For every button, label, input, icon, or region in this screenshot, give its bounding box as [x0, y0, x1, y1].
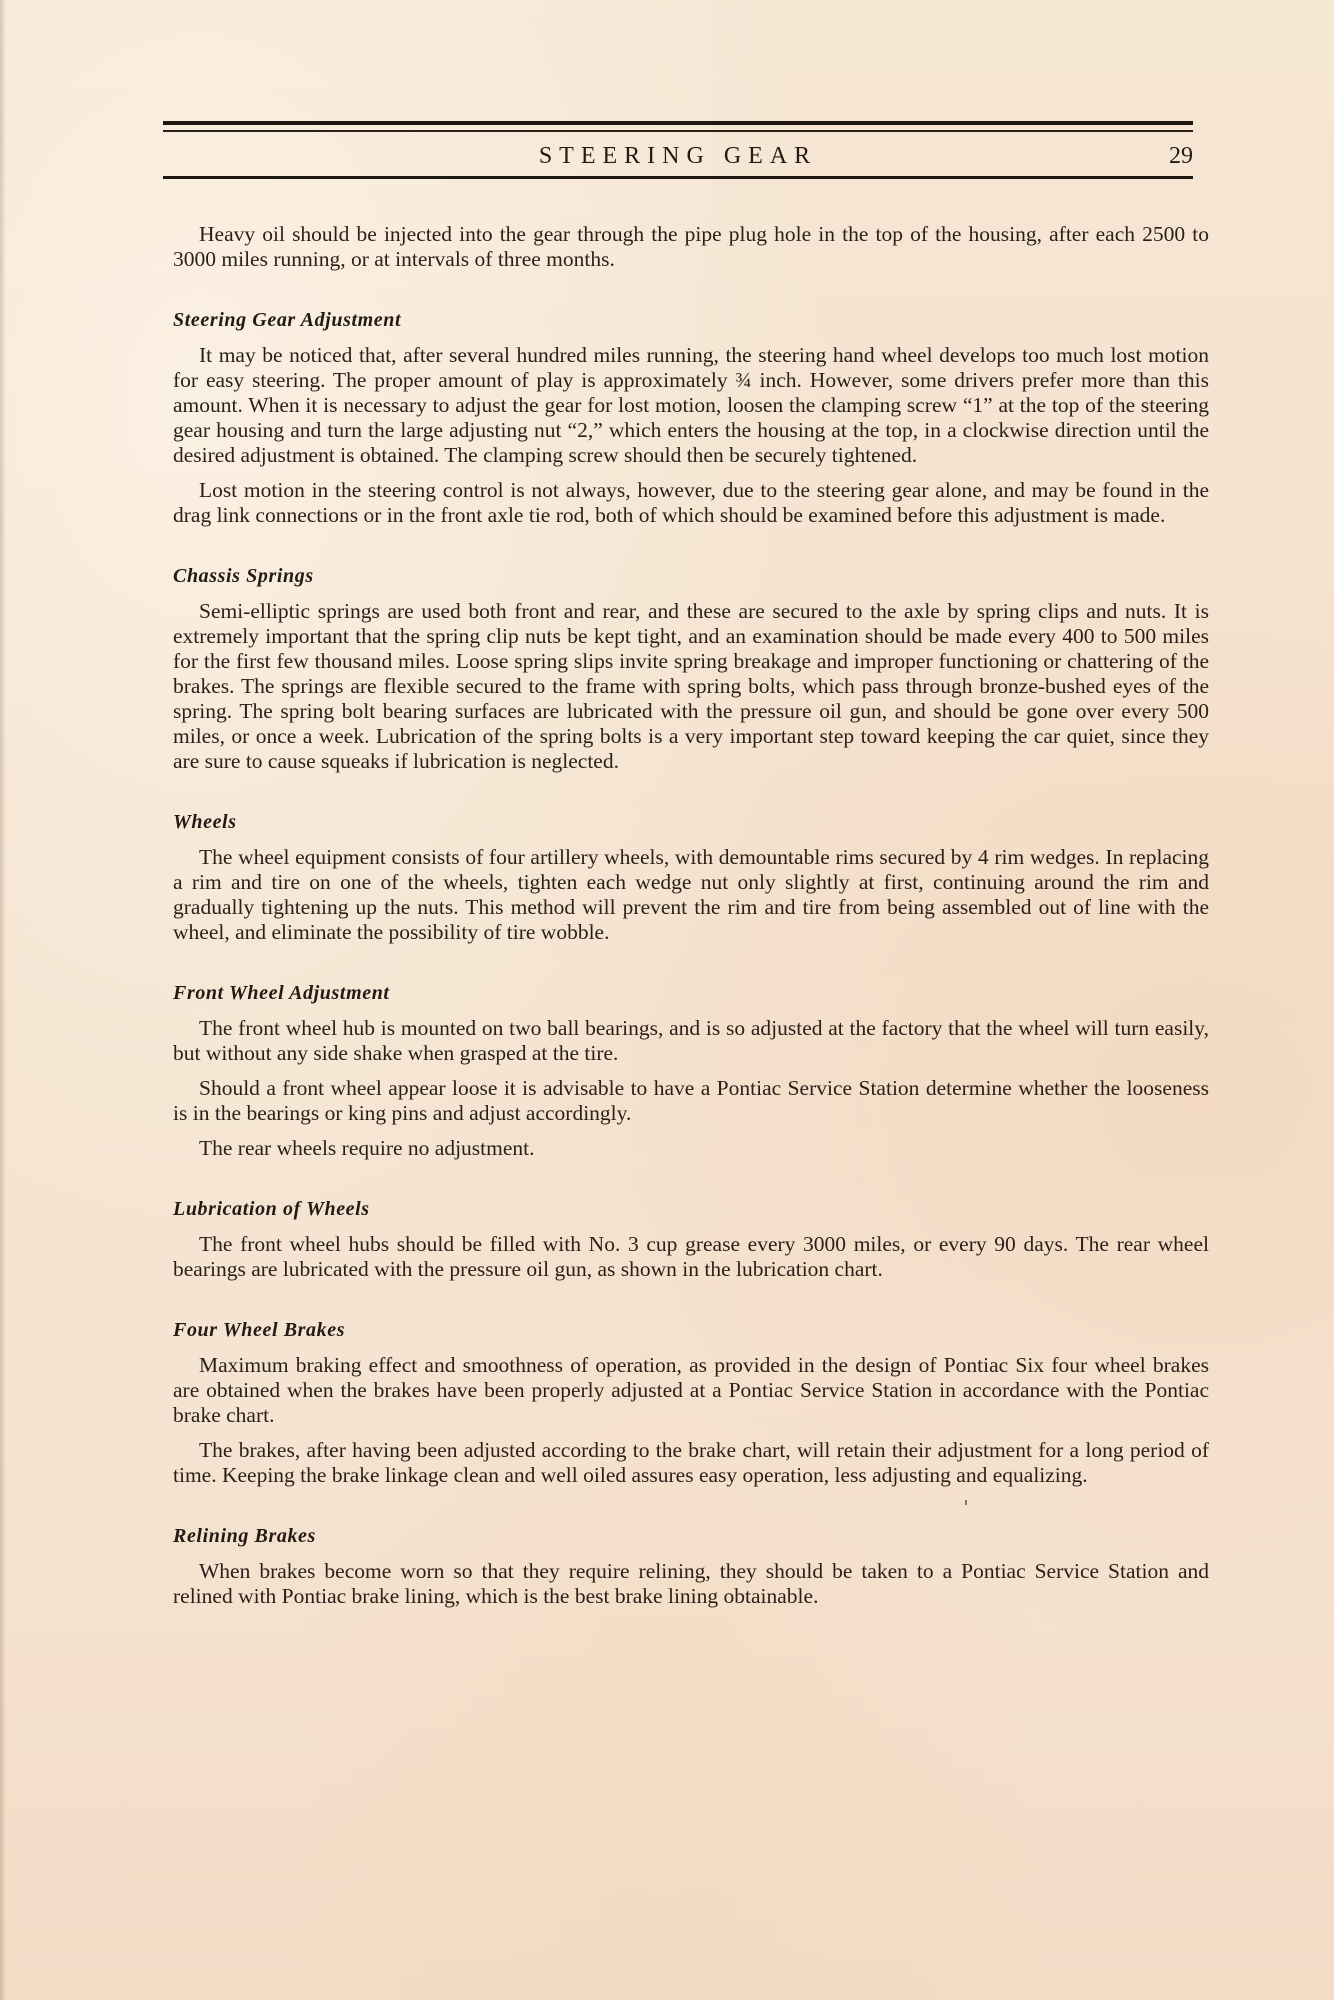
- section-heading: Chassis Springs: [173, 564, 1209, 589]
- body-paragraph: Semi-elliptic springs are used both fron…: [173, 599, 1209, 774]
- intro-paragraph: Heavy oil should be injected into the ge…: [173, 222, 1209, 272]
- section-steering-gear-adjustment: Steering Gear Adjustment It may be notic…: [173, 308, 1209, 528]
- section-heading: Front Wheel Adjustment: [173, 981, 1209, 1006]
- header-rule-bottom: [163, 176, 1193, 179]
- header-rule-thick: [163, 121, 1193, 125]
- section-heading: Steering Gear Adjustment: [173, 308, 1209, 333]
- intro-block: Heavy oil should be injected into the ge…: [173, 222, 1209, 272]
- body-paragraph: The brakes, after having been adjusted a…: [173, 1438, 1209, 1488]
- body-paragraph: The front wheel hubs should be filled wi…: [173, 1232, 1209, 1282]
- section-heading: Relining Brakes: [173, 1524, 1209, 1549]
- body-paragraph: The wheel equipment consists of four art…: [173, 845, 1209, 945]
- body-paragraph: The rear wheels require no adjustment.: [173, 1136, 1209, 1161]
- page-body: Heavy oil should be injected into the ge…: [173, 222, 1209, 1619]
- section-front-wheel-adjustment: Front Wheel Adjustment The front wheel h…: [173, 981, 1209, 1161]
- section-heading: Wheels: [173, 810, 1209, 835]
- section-four-wheel-brakes: Four Wheel Brakes Maximum braking effect…: [173, 1318, 1209, 1488]
- body-paragraph: It may be noticed that, after several hu…: [173, 343, 1209, 468]
- section-chassis-springs: Chassis Springs Semi-elliptic springs ar…: [173, 564, 1209, 774]
- section-lubrication-of-wheels: Lubrication of Wheels The front wheel hu…: [173, 1197, 1209, 1282]
- paper-speck: [965, 1500, 967, 1505]
- section-heading: Four Wheel Brakes: [173, 1318, 1209, 1343]
- header-rule-thin: [163, 130, 1193, 132]
- body-paragraph: The front wheel hub is mounted on two ba…: [173, 1016, 1209, 1066]
- page-edge-shadow: [0, 0, 6, 2000]
- section-wheels: Wheels The wheel equipment consists of f…: [173, 810, 1209, 945]
- body-paragraph: Lost motion in the steering control is n…: [173, 478, 1209, 528]
- running-title: STEERING GEAR: [163, 143, 1193, 170]
- page-number: 29: [1169, 143, 1193, 170]
- body-paragraph: Maximum braking effect and smoothness of…: [173, 1353, 1209, 1428]
- section-heading: Lubrication of Wheels: [173, 1197, 1209, 1222]
- body-paragraph: Should a front wheel appear loose it is …: [173, 1076, 1209, 1126]
- section-relining-brakes: Relining Brakes When brakes become worn …: [173, 1524, 1209, 1609]
- body-paragraph: When brakes become worn so that they req…: [173, 1559, 1209, 1609]
